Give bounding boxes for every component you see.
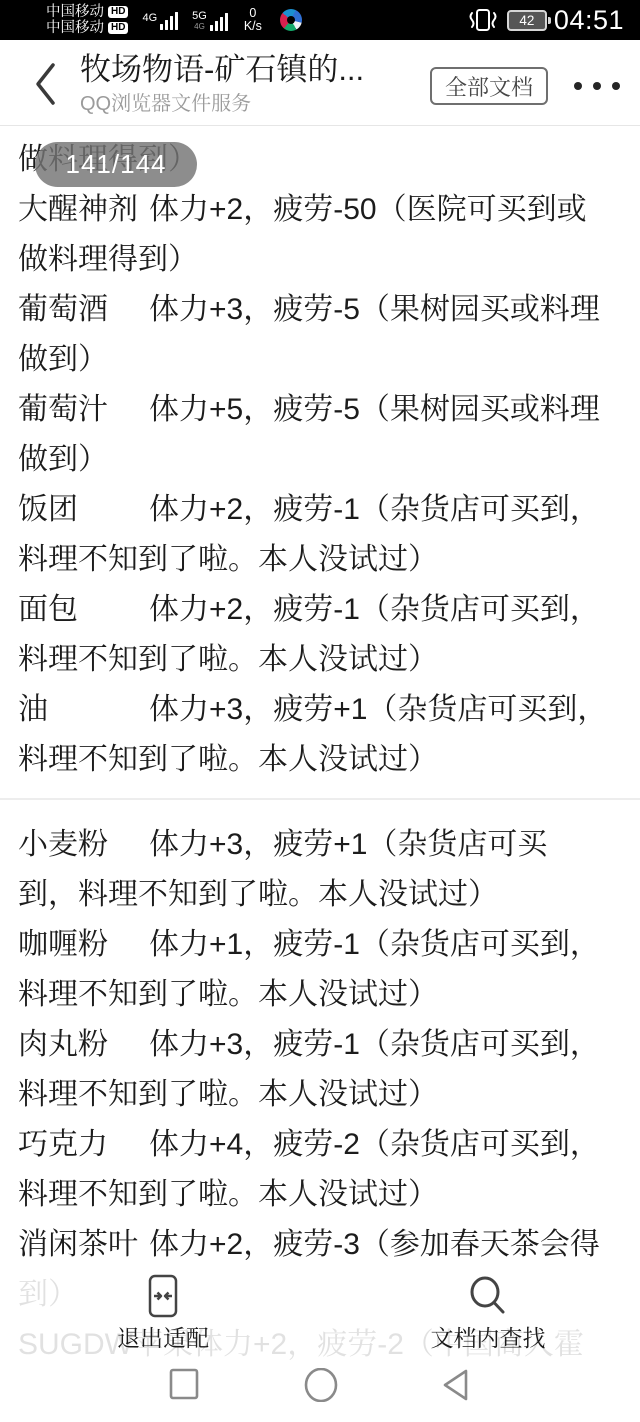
more-options-button[interactable] xyxy=(566,67,628,105)
item-stats: 体力+3，疲劳+1（杂货店可买到， xyxy=(149,693,607,726)
item-name: 巧克力 xyxy=(18,1120,149,1170)
doc-line: 巧克力体力+4，疲劳-2（杂货店可买到， xyxy=(18,1120,626,1170)
item-stats: 体力+3，疲劳+1（杂货店可买 xyxy=(149,828,547,861)
status-bar: 中国移动 HD 中国移动 HD 4G 5G 4G 0 xyxy=(0,0,640,40)
page-separator xyxy=(18,785,626,820)
exit-fit-label: 退出适配 xyxy=(117,1325,209,1351)
item-name: 葡萄汁 xyxy=(18,385,149,435)
item-stats: 体力+3，疲劳-5（果树园买或料理 xyxy=(149,293,600,326)
vibrate-icon xyxy=(466,6,500,34)
carrier-name-sim2: 中国移动 xyxy=(46,20,104,36)
find-in-document-label: 文档内查找 xyxy=(431,1325,546,1351)
bottom-toolbar: 退出适配 文档内查找 xyxy=(0,1264,640,1422)
item-stats: 体力+2，疲劳-1（杂货店可买到， xyxy=(149,593,600,626)
item-name: 小麦粉 xyxy=(18,820,149,870)
doc-line: 肉丸粉体力+3，疲劳-1（杂货店可买到， xyxy=(18,1020,626,1070)
doc-line: 小麦粉体力+3，疲劳+1（杂货店可买 xyxy=(18,820,626,870)
doc-line: 料理不知到了啦。本人没试过） xyxy=(18,635,626,685)
item-name: 大醒神剂 xyxy=(18,185,149,235)
doc-line: 料理不知到了啦。本人没试过） xyxy=(18,1070,626,1120)
doc-line: 面包体力+2，疲劳-1（杂货店可买到， xyxy=(18,585,626,635)
network-speed: 0 K/s xyxy=(244,7,262,33)
exit-fit-icon xyxy=(146,1274,180,1318)
back-chevron-icon xyxy=(32,61,60,107)
carrier-name-sim1: 中国移动 xyxy=(46,4,104,20)
item-stats: 体力+2，疲劳-3（参加春天茶会得 xyxy=(149,1228,600,1261)
item-stats: 体力+5，疲劳-5（果树园买或料理 xyxy=(149,393,600,426)
doc-line: 消闲茶叶体力+2，疲劳-3（参加春天茶会得 xyxy=(18,1220,626,1270)
doc-line: 饭团体力+2，疲劳-1（杂货店可买到， xyxy=(18,485,626,535)
doc-line: 大醒神剂体力+2，疲劳-50（医院可买到或 xyxy=(18,185,626,235)
doc-line: 料理不知到了啦。本人没试过） xyxy=(18,1170,626,1220)
item-name: 消闲茶叶 xyxy=(18,1220,149,1270)
title-block: 牧场物语-矿石镇的... QQ浏览器文件服务 xyxy=(80,50,440,117)
status-bar-left: 中国移动 HD 中国移动 HD 4G 5G 4G 0 xyxy=(46,4,302,36)
doc-line: 做料理得到） xyxy=(18,235,626,285)
back-button[interactable] xyxy=(26,60,66,108)
search-icon xyxy=(466,1274,510,1318)
item-stats: 体力+2，疲劳-50（医院可买到或 xyxy=(149,193,587,226)
more-dots-icon xyxy=(593,82,601,90)
doc-line: 葡萄汁体力+5，疲劳-5（果树园买或料理 xyxy=(18,385,626,435)
document-content[interactable]: 做料理得到）大醒神剂体力+2，疲劳-50（医院可买到或做料理得到）葡萄酒体力+3… xyxy=(0,127,640,1422)
doc-line: 做到） xyxy=(18,335,626,385)
carrier-labels: 中国移动 HD 中国移动 HD xyxy=(46,4,128,36)
item-name: 油 xyxy=(18,685,149,735)
signal-bars-5g-icon: 5G 4G xyxy=(192,9,228,31)
doc-line: 油体力+3，疲劳+1（杂货店可买到， xyxy=(18,685,626,735)
doc-line: 咖喱粉体力+1，疲劳-1（杂货店可买到， xyxy=(18,920,626,970)
page-indicator-badge: 141/144 xyxy=(35,142,197,187)
exit-fit-button[interactable]: 退出适配 xyxy=(83,1274,243,1351)
item-stats: 体力+1，疲劳-1（杂货店可买到， xyxy=(149,928,600,961)
battery-percent: 42 xyxy=(519,13,534,28)
item-name: 饭团 xyxy=(18,485,149,535)
doc-line: 料理不知到了啦。本人没试过） xyxy=(18,735,626,785)
item-stats: 体力+4，疲劳-2（杂货店可买到， xyxy=(149,1128,600,1161)
battery-icon: 42 xyxy=(507,10,547,31)
app-header: 牧场物语-矿石镇的... QQ浏览器文件服务 全部文档 xyxy=(0,40,640,126)
item-name: 面包 xyxy=(18,585,149,635)
item-name: 咖喱粉 xyxy=(18,920,149,970)
item-stats: 体力+3，疲劳-1（杂货店可买到， xyxy=(149,1028,600,1061)
signal-bars-4g-icon: 4G xyxy=(142,11,178,30)
status-bar-right: 42 04:51 xyxy=(466,5,624,36)
hd-volte-icon: HD xyxy=(108,6,128,18)
doc-line: 到，料理不知到了啦。本人没试过） xyxy=(18,870,626,920)
doc-line: 料理不知到了啦。本人没试过） xyxy=(18,535,626,585)
item-name: 葡萄酒 xyxy=(18,285,149,335)
recents-square-button[interactable] xyxy=(168,1368,200,1400)
more-dots-icon xyxy=(612,82,620,90)
app-notification-icon xyxy=(280,9,302,31)
phone-screen: 中国移动 HD 中国移动 HD 4G 5G 4G 0 xyxy=(0,0,640,1422)
home-circle-button[interactable] xyxy=(304,1368,338,1402)
document-lines: 做料理得到）大醒神剂体力+2，疲劳-50（医院可买到或做料理得到）葡萄酒体力+3… xyxy=(18,135,626,1370)
doc-line: 做到） xyxy=(18,435,626,485)
doc-line: 料理不知到了啦。本人没试过） xyxy=(18,970,626,1020)
document-source-subtitle: QQ浏览器文件服务 xyxy=(80,91,440,117)
find-in-document-button[interactable]: 文档内查找 xyxy=(408,1274,568,1351)
item-name: 肉丸粉 xyxy=(18,1020,149,1070)
more-dots-icon xyxy=(574,82,582,90)
doc-line: 葡萄酒体力+3，疲劳-5（果树园买或料理 xyxy=(18,285,626,335)
back-triangle-button[interactable] xyxy=(440,1368,472,1402)
hd-volte-icon: HD xyxy=(108,22,128,34)
item-stats: 体力+2，疲劳-1（杂货店可买到， xyxy=(149,493,600,526)
all-documents-button[interactable]: 全部文档 xyxy=(430,67,548,105)
clock-time: 04:51 xyxy=(554,5,624,36)
document-title: 牧场物语-矿石镇的... xyxy=(80,50,440,90)
